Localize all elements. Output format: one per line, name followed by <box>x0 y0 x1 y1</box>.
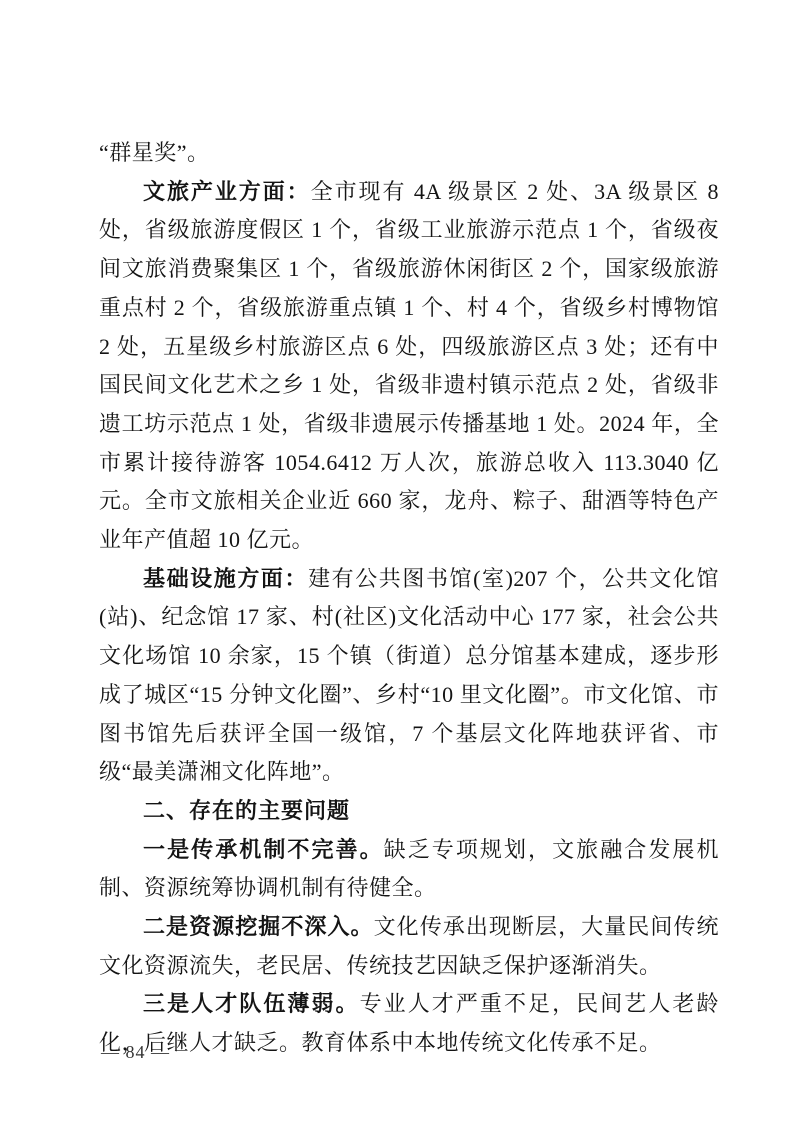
paragraph-text: “群星奖”。 <box>99 140 210 165</box>
paragraph-infrastructure: 基础设施方面：建有公共图书馆(室)207 个，公共文化馆(站)、纪念馆 17 家… <box>99 560 719 792</box>
document-body: “群星奖”。 文旅产业方面：全市现有 4A 级景区 2 处、3A 级景区 8 处… <box>99 134 719 1063</box>
paragraph-problem-1: 一是传承机制不完善。缺乏专项规划，文旅融合发展机制、资源统筹协调机制有待健全。 <box>99 831 719 908</box>
paragraph-lead: 一是传承机制不完善。 <box>143 837 384 862</box>
paragraph-problem-2: 二是资源挖掘不深入。文化传承出现断层，大量民间传统文化资源流失，老民居、传统技艺… <box>99 908 719 985</box>
paragraph-text: 建有公共图书馆(室)207 个，公共文化馆(站)、纪念馆 17 家、村(社区)文… <box>99 566 719 785</box>
paragraph-lead: 文旅产业方面： <box>143 179 311 204</box>
paragraph-culture-tourism-industry: 文旅产业方面：全市现有 4A 级景区 2 处、3A 级景区 8 处，省级旅游度假… <box>99 173 719 560</box>
document-page: “群星奖”。 文旅产业方面：全市现有 4A 级景区 2 处、3A 级景区 8 处… <box>0 0 793 1122</box>
paragraph-continuation: “群星奖”。 <box>99 134 719 173</box>
paragraph-problem-3: 三是人才队伍薄弱。专业人才严重不足，民间艺人老龄化，后继人才缺乏。教育体系中本地… <box>99 985 719 1062</box>
paragraph-text: 全市现有 4A 级景区 2 处、3A 级景区 8 处，省级旅游度假区 1 个，省… <box>99 179 719 552</box>
page-number: — 84 — <box>101 1040 170 1064</box>
paragraph-lead: 三是人才队伍薄弱。 <box>143 991 360 1016</box>
section-heading-main-problems: 二、存在的主要问题 <box>99 792 719 831</box>
paragraph-lead: 基础设施方面： <box>143 566 308 591</box>
paragraph-lead: 二是资源挖掘不深入。 <box>143 914 374 939</box>
